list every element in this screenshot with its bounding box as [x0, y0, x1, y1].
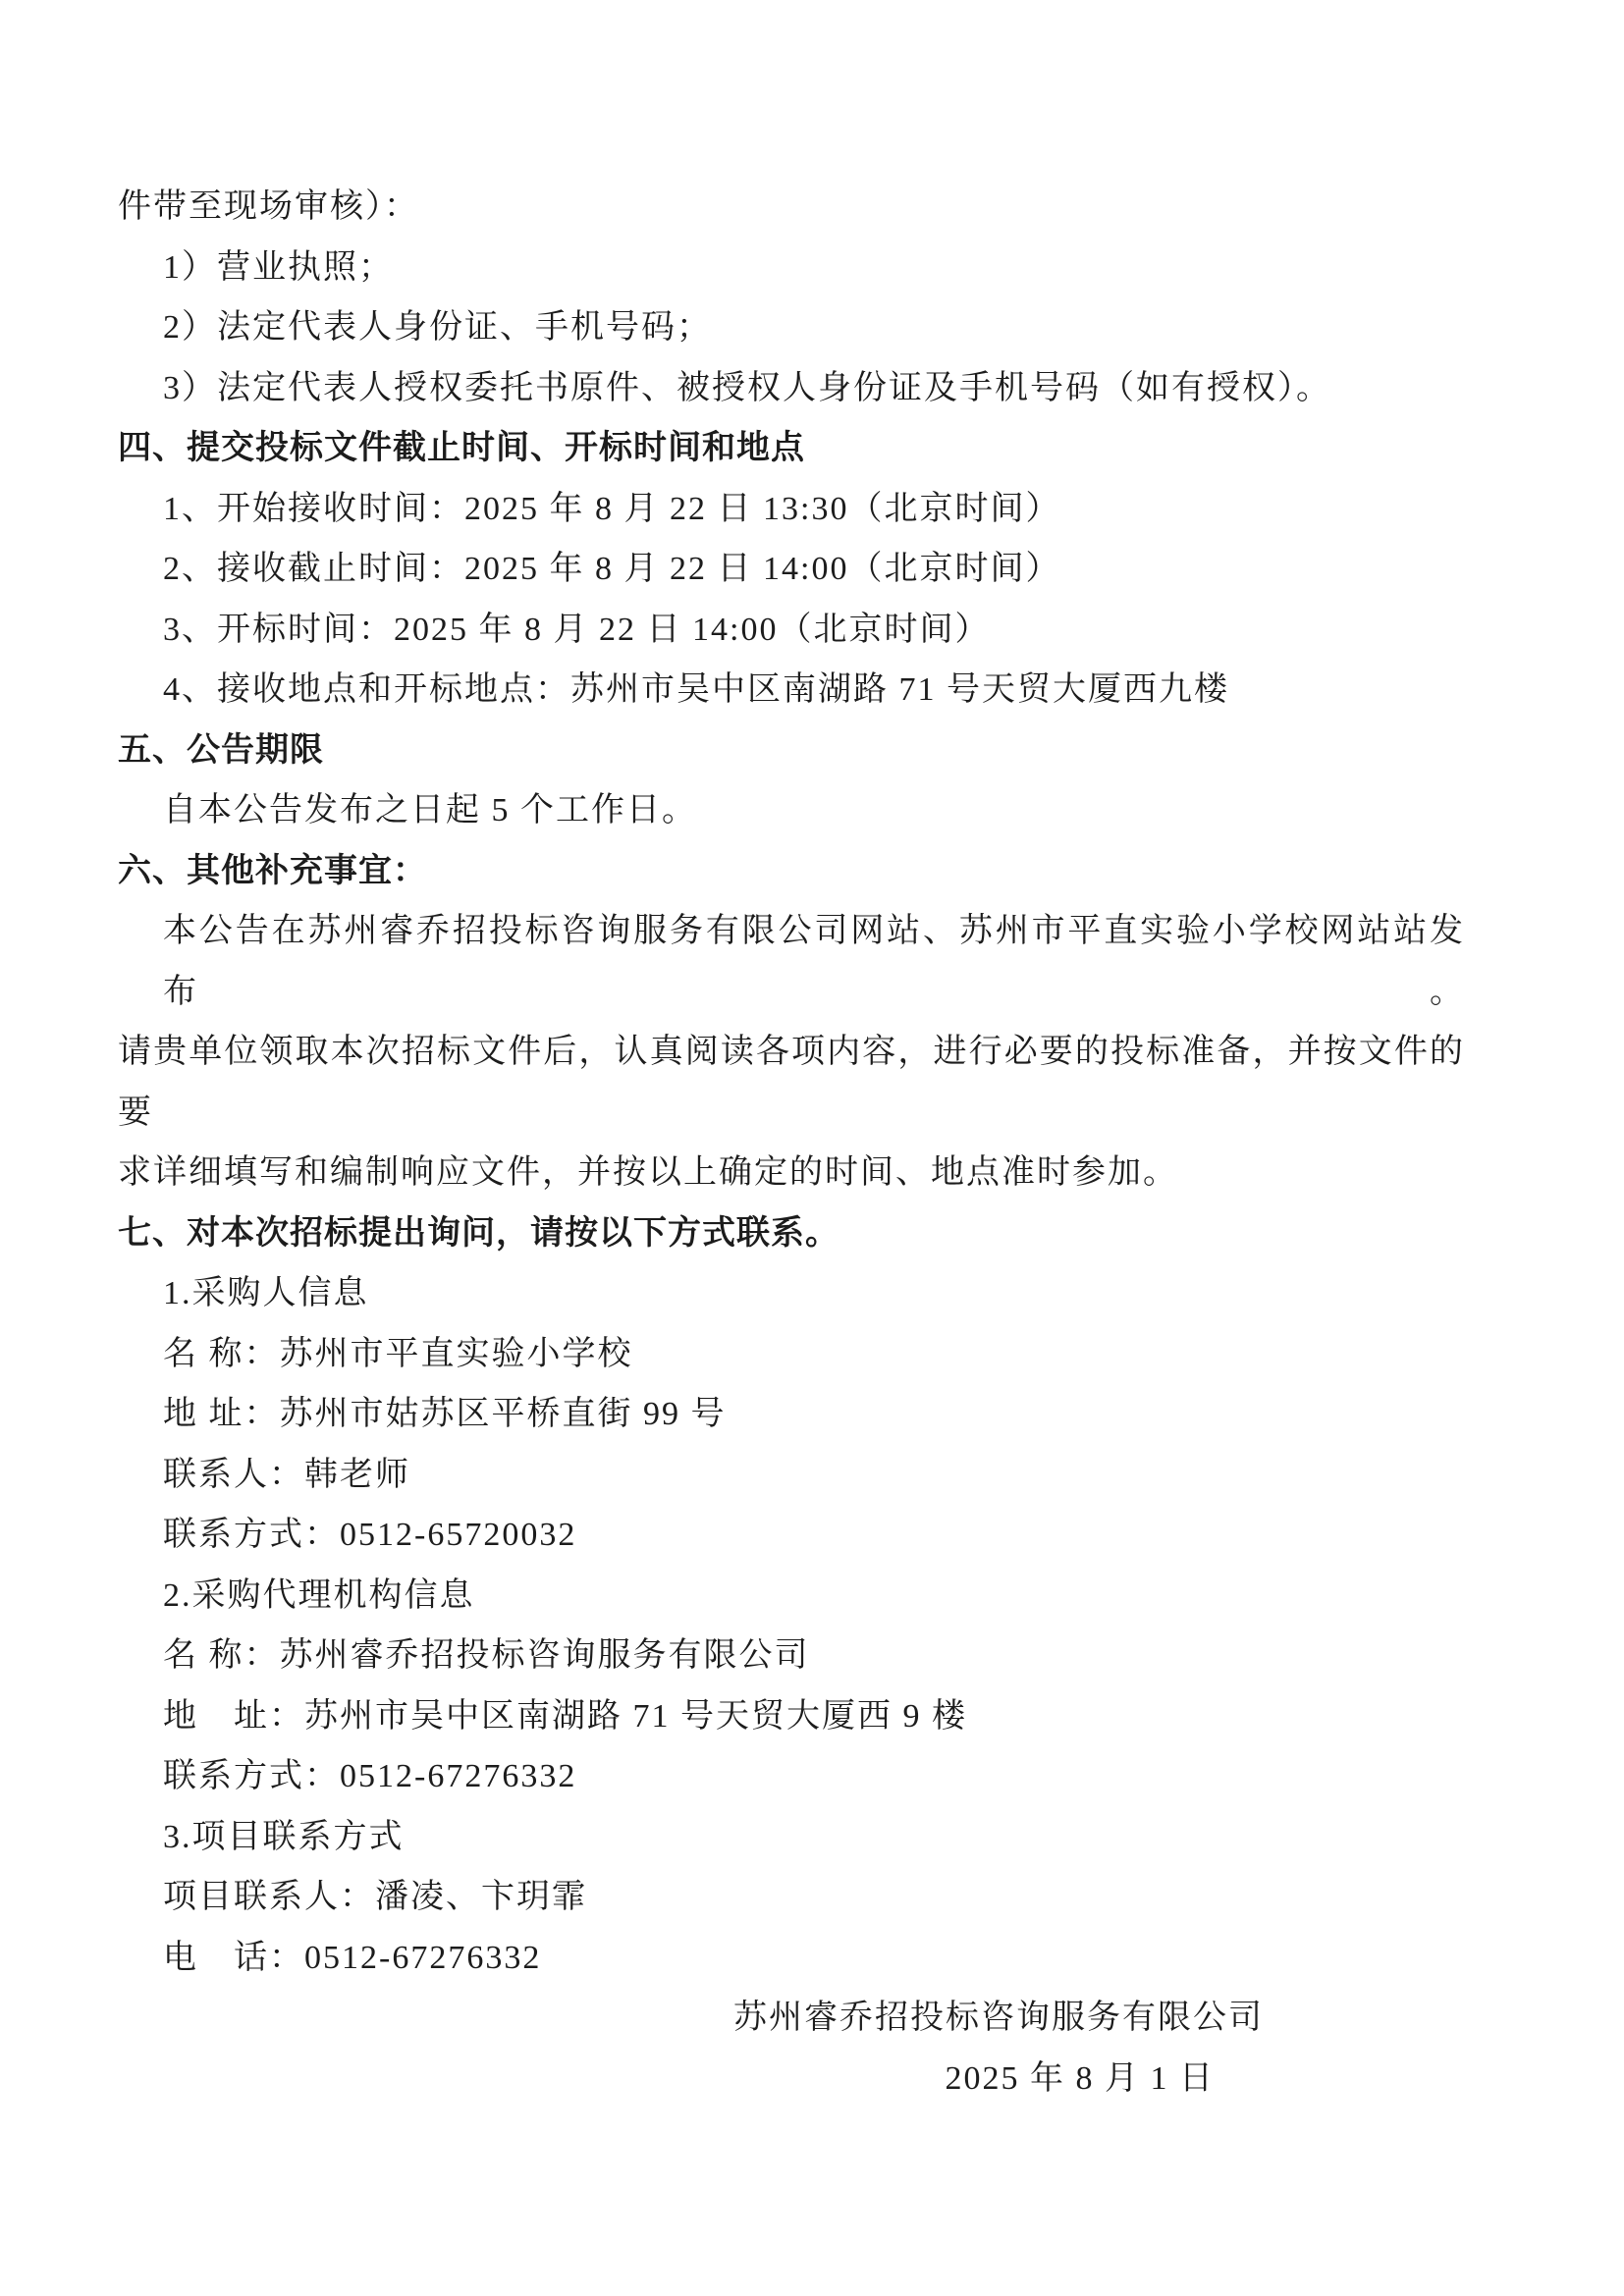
doc-line: 地 址：苏州市吴中区南湖路 71 号天贸大厦西 9 楼: [118, 1686, 1465, 1747]
doc-line: 联系方式：0512-67276332: [118, 1746, 1465, 1807]
doc-line: 联系人：韩老师: [118, 1445, 1465, 1506]
doc-line: 3、开标时间：2025 年 8 月 22 日 14:00（北京时间）: [118, 600, 1465, 661]
doc-line: 名 称：苏州睿乔招投标咨询服务有限公司: [118, 1626, 1465, 1686]
doc-line: 电 话：0512-67276332: [118, 1928, 1465, 1989]
doc-line: 联系方式：0512-65720032: [118, 1505, 1465, 1566]
doc-line: 名 称：苏州市平直实验小学校: [118, 1324, 1465, 1385]
doc-line: 自本公告发布之日起 5 个工作日。: [118, 780, 1465, 841]
doc-line: 地 址：苏州市姑苏区平桥直街 99 号: [118, 1384, 1465, 1445]
doc-line: 请贵单位领取本次招标文件后，认真阅读各项内容，进行必要的投标准备，并按文件的要: [118, 1022, 1465, 1143]
doc-line: 1.采购人信息: [118, 1263, 1465, 1324]
doc-line: 3）法定代表人授权委托书原件、被授权人身份证及手机号码（如有授权）。: [118, 358, 1465, 419]
doc-line: 2.采购代理机构信息: [118, 1566, 1465, 1627]
doc-line: 项目联系人：潘凌、卞玥霏: [118, 1867, 1465, 1928]
doc-line: 件带至现场审核）：: [118, 177, 1465, 238]
doc-line: 2）法定代表人身份证、手机号码；: [118, 297, 1465, 358]
doc-line: 1）营业执照；: [118, 238, 1465, 298]
doc-line: 2、接收截止时间：2025 年 8 月 22 日 14:00（北京时间）: [118, 539, 1465, 600]
doc-line: 4、接收地点和开标地点：苏州市吴中区南湖路 71 号天贸大厦西九楼: [118, 660, 1465, 721]
doc-line: 求详细填写和编制响应文件，并按以上确定的时间、地点准时参加。: [118, 1143, 1465, 1203]
document-page: 件带至现场审核）：1）营业执照；2）法定代表人身份证、手机号码；3）法定代表人授…: [0, 0, 1624, 2296]
doc-line: 2025 年 8 月 1 日: [118, 2049, 1465, 2109]
doc-line: 本公告在苏州睿乔招投标咨询服务有限公司网站、苏州市平直实验小学校网站站发布。: [118, 901, 1465, 1022]
doc-line: 1、开始接收时间：2025 年 8 月 22 日 13:30（北京时间）: [118, 479, 1465, 540]
doc-line: 3.项目联系方式: [118, 1807, 1465, 1868]
document-body: 件带至现场审核）：1）营业执照；2）法定代表人身份证、手机号码；3）法定代表人授…: [118, 177, 1465, 2109]
section-heading: 六、其他补充事宜：: [118, 841, 1465, 902]
section-heading: 四、提交投标文件截止时间、开标时间和地点: [118, 418, 1465, 479]
section-heading: 七、对本次招标提出询问，请按以下方式联系。: [118, 1203, 1465, 1264]
doc-line: 苏州睿乔招投标咨询服务有限公司: [118, 1988, 1465, 2049]
section-heading: 五、公告期限: [118, 721, 1465, 781]
